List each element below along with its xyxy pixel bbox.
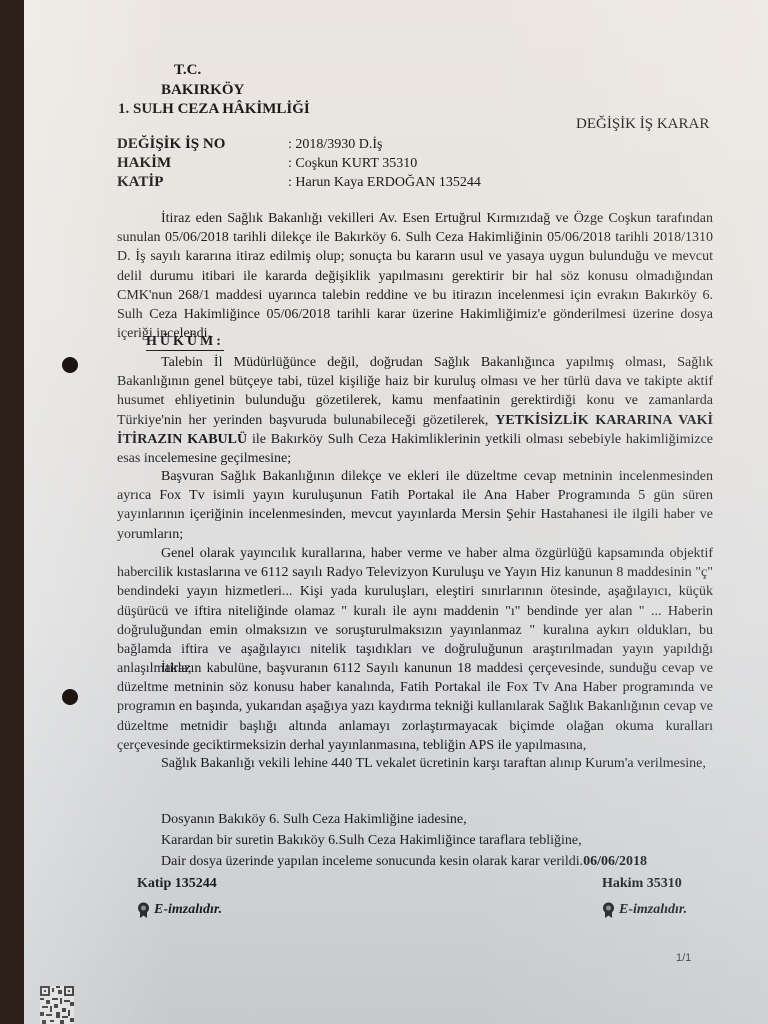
hukum-title: HÜKÜM:	[146, 334, 224, 351]
page-number: 1/1	[676, 952, 691, 964]
judge-esignature: E-imzalıdır.	[602, 902, 687, 918]
e-signature-seal-icon	[602, 902, 615, 918]
ruling-paragraph-2-text: Başvuran Sağlık Bakanlığının dilekçe ve …	[117, 467, 713, 544]
ruling-paragraph-4-text: İtirazın kabulüne, başvuranın 6112 Sayıl…	[117, 659, 713, 755]
ruling-line-notify: Karardan bir suretin Bakıköy 6.Sulh Ceza…	[161, 833, 582, 849]
meta-label-judge: HAKİM	[117, 155, 171, 172]
meta-label-clerk: KATİP	[117, 174, 163, 191]
meta-value-judge: : Coşkun KURT 35310	[288, 156, 417, 172]
meta-value-clerk: : Harun Kaya ERDOĞAN 135244	[288, 175, 481, 191]
meta-value-case-no: : 2018/3930 D.İş	[288, 137, 383, 153]
ruling-paragraph-4: İtirazın kabulüne, başvuranın 6112 Sayıl…	[117, 659, 713, 755]
meta-label-case-no: DEĞİŞİK İŞ NO	[117, 136, 225, 153]
header-city: BAKIRKÖY	[161, 82, 244, 99]
document-page: T.C. BAKIRKÖY 1. SULH CEZA HÂKİMLİĞİ DEĞ…	[24, 0, 768, 1024]
qr-code-icon	[40, 986, 74, 1024]
judge-signature-label: Hakim 35310	[602, 876, 682, 892]
intro-paragraph-text: İtiraz eden Sağlık Bakanlığı vekilleri A…	[117, 209, 713, 343]
e-signature-seal-icon	[137, 902, 150, 918]
clerk-signature-label: Katip 135244	[137, 876, 217, 892]
ruling-paragraph-5-text: Sağlık Bakanlığı vekili lehine 440 TL ve…	[117, 754, 713, 773]
punch-hole-bottom	[62, 689, 78, 705]
ruling-line-final: Dair dosya üzerinde yapılan inceleme son…	[161, 854, 647, 870]
ruling-line-return: Dosyanın Bakıköy 6. Sulh Ceza Hakimliğin…	[161, 812, 467, 828]
ruling-paragraph-5: Sağlık Bakanlığı vekili lehine 440 TL ve…	[117, 754, 713, 773]
header-country: T.C.	[174, 62, 201, 79]
document-type: DEĞİŞİK İŞ KARAR	[576, 116, 709, 133]
clerk-esignature: E-imzalıdır.	[137, 902, 222, 918]
header-court: 1. SULH CEZA HÂKİMLİĞİ	[118, 101, 310, 118]
ruling-paragraph-1-text: Talebin İl Müdürlüğünce değil, doğrudan …	[117, 353, 713, 468]
intro-paragraph: İtiraz eden Sağlık Bakanlığı vekilleri A…	[117, 209, 713, 343]
decision-date: 06/06/2018	[583, 854, 647, 869]
ruling-paragraph-1: Talebin İl Müdürlüğünce değil, doğrudan …	[117, 353, 713, 468]
punch-hole-top	[62, 357, 78, 373]
ruling-paragraph-2: Başvuran Sağlık Bakanlığının dilekçe ve …	[117, 467, 713, 544]
